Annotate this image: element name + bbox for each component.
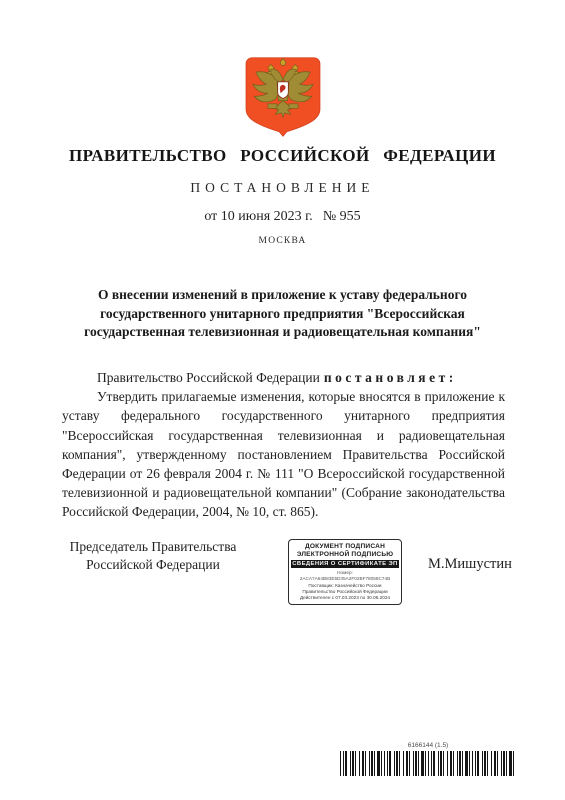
decree-document-page: ПРАВИТЕЛЬСТВО РОССИЙСКОЙ ФЕДЕРАЦИИ ПОСТА…: [0, 0, 565, 800]
date-and-number-line: от 10 июня 2023 г.№ 955: [0, 209, 565, 225]
document-date: от 10 июня 2023 г.: [204, 209, 312, 224]
barcode-label: 6166144 (1.5): [340, 742, 516, 750]
stamp-title-line2: ЭЛЕКТРОННОЙ ПОДПИСЬЮ: [292, 551, 398, 559]
coat-of-arms-svg: [245, 57, 321, 137]
city-label: МОСКВА: [0, 236, 565, 246]
registration-barcode-block: 6166144 (1.5): [340, 742, 516, 776]
russia-coat-of-arms-icon: [245, 57, 321, 137]
stamp-certificate-number: Номер: 2ACA7A64B83E5D35A2F02BF78058C74B: [292, 570, 398, 582]
resolves-word: постановляет:: [324, 370, 457, 385]
stamp-certificate-band: СВЕДЕНИЯ О СЕРТИФИКАТЕ ЭП: [291, 560, 399, 568]
document-number: № 955: [323, 209, 361, 224]
signer-position-line1: Председатель Правительства: [62, 538, 244, 556]
issuing-authority-title: ПРАВИТЕЛЬСТВО РОССИЙСКОЙ ФЕДЕРАЦИИ: [0, 146, 565, 166]
signer-name: М.Мишустин: [428, 556, 512, 573]
barcode: [340, 751, 516, 776]
body-paragraph-main: Утвердить прилагаемые изменения, которые…: [62, 387, 505, 521]
stamp-validity: Действителен с 07.03.2023 по 30.05.2024: [292, 595, 398, 601]
signer-position: Председатель Правительства Российской Фе…: [62, 538, 244, 573]
document-type-title: ПОСТАНОВЛЕНИЕ: [0, 180, 565, 196]
body-paragraph-resolves: Правительство Российской Федерациипостан…: [62, 368, 505, 387]
signer-position-line2: Российской Федерации: [62, 556, 244, 574]
decree-body: Правительство Российской Федерациипостан…: [62, 368, 505, 522]
resolves-lead: Правительство Российской Федерации: [97, 370, 320, 385]
decree-subject: О внесении изменений в приложение к уста…: [62, 286, 503, 342]
stamp-title-line1: ДОКУМЕНТ ПОДПИСАН: [292, 543, 398, 551]
electronic-signature-stamp: ДОКУМЕНТ ПОДПИСАН ЭЛЕКТРОННОЙ ПОДПИСЬЮ С…: [288, 539, 402, 605]
